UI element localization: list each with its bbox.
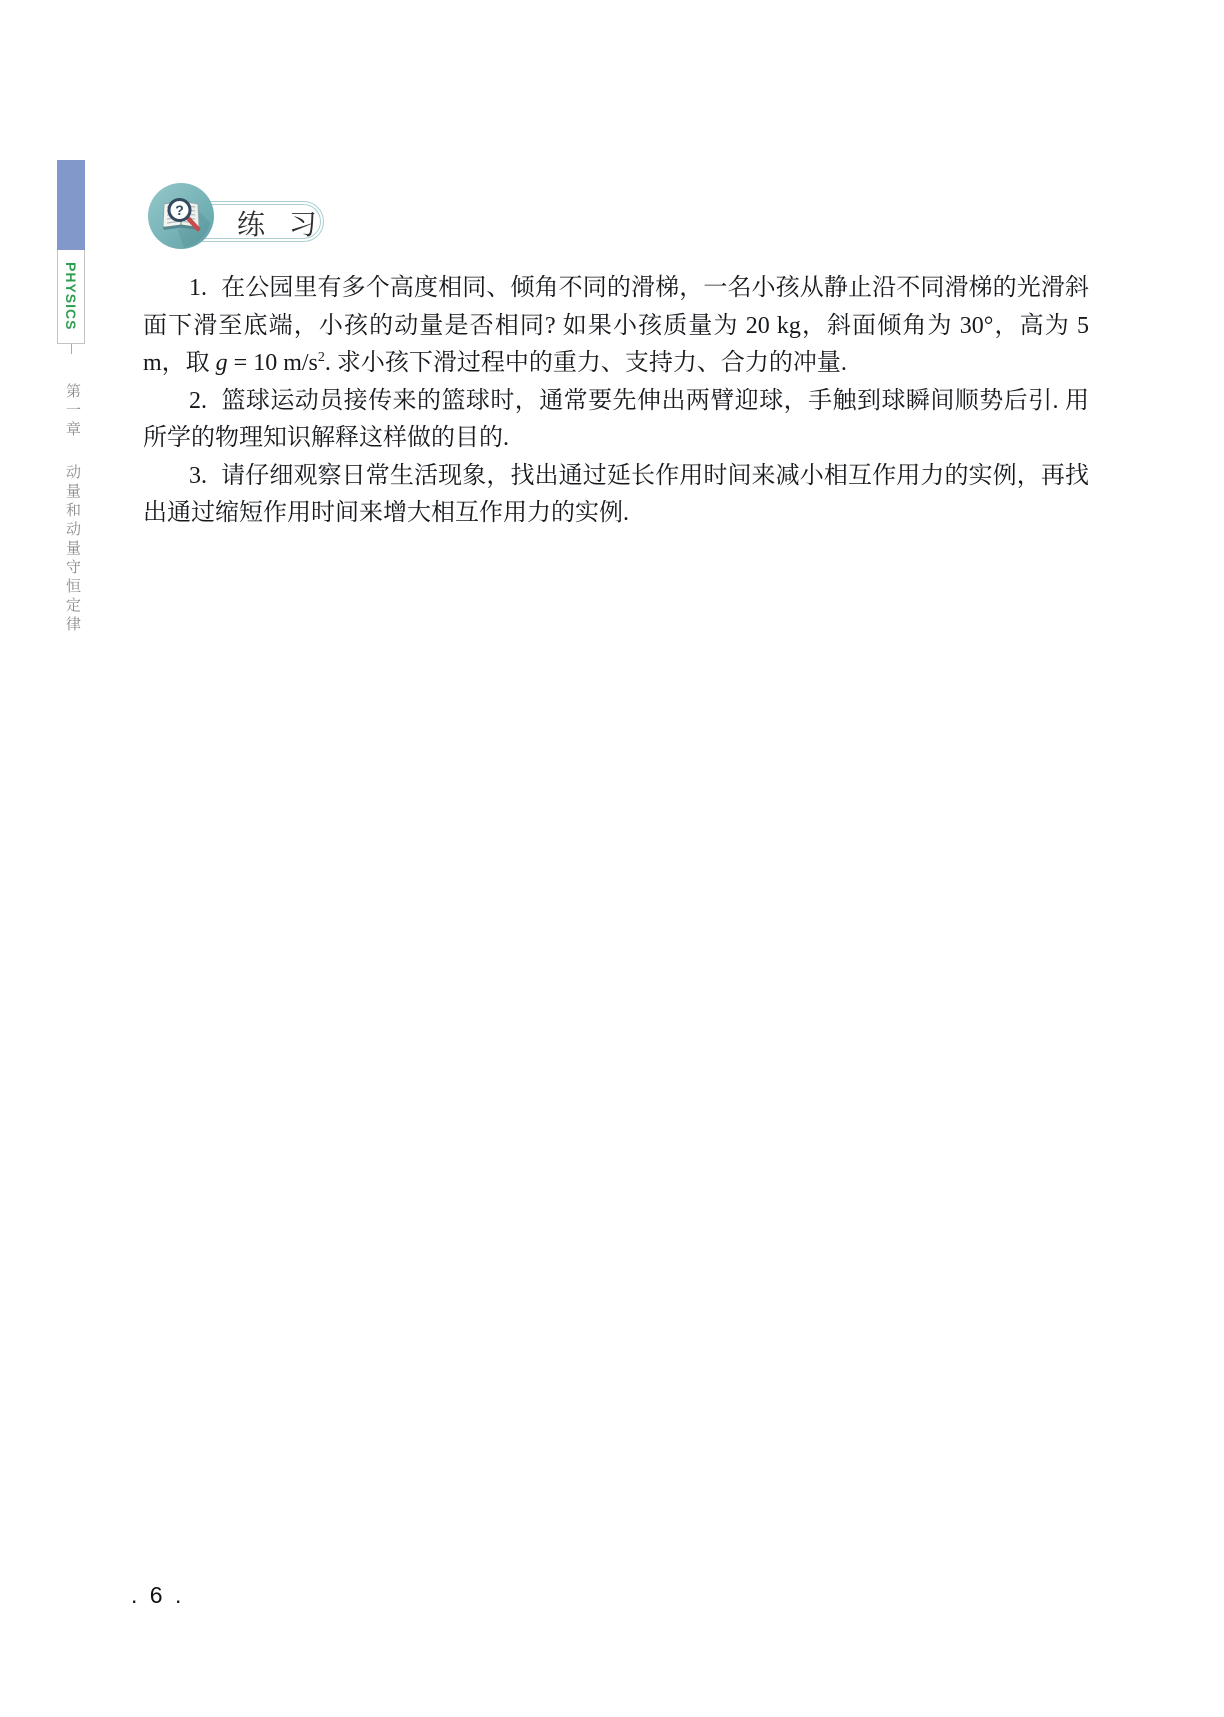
page-number: . 6 .: [131, 1582, 184, 1609]
chapter-number: 第一章: [64, 383, 81, 440]
exponent-2: 2: [318, 350, 325, 365]
exercise-1-number: 1.: [189, 275, 221, 301]
variable-g: g: [216, 350, 228, 376]
exercise-2-number: 2.: [189, 388, 221, 414]
sidebar-blue-bar: [57, 160, 85, 250]
exercise-3-number: 3.: [189, 463, 221, 489]
chapter-title: 动量和动量守恒定律: [64, 464, 81, 635]
exercise-2-text: 篮球运动员接传来的篮球时，通常要先伸出两臂迎球，手触到球瞬间顺势后引. 用所学的…: [143, 388, 1089, 452]
exercise-1-formula: = 10 m/s: [228, 350, 318, 376]
sidebar: PHYSICS: [57, 160, 85, 354]
practice-badge-circle: ?: [148, 183, 214, 249]
question-mark-glyph: ?: [175, 202, 184, 218]
chapter-sidebar-text: 第一章 动量和动量守恒定律: [62, 383, 83, 635]
exercise-3-text: 请仔细观察日常生活现象，找出通过延长作用时间来减小相互作用力的实例，再找出通过缩…: [143, 463, 1089, 527]
exercise-2: 2.篮球运动员接传来的篮球时，通常要先伸出两臂迎球，手触到球瞬间顺势后引. 用所…: [143, 383, 1089, 458]
exercise-1-text-post: . 求小孩下滑过程中的重力、支持力、合力的冲量.: [325, 350, 847, 376]
physics-box: PHYSICS: [57, 250, 85, 344]
physics-label: PHYSICS: [63, 262, 79, 330]
magnifier-over-book-icon: ?: [148, 183, 214, 249]
practice-title: 练 习: [237, 203, 347, 243]
sidebar-divider-line: [71, 344, 72, 354]
exercise-1: 1.在公园里有多个高度相同、倾角不同的滑梯，一名小孩从静止沿不同滑梯的光滑斜面下…: [143, 270, 1089, 383]
exercise-3: 3.请仔细观察日常生活现象，找出通过延长作用时间来减小相互作用力的实例，再找出通…: [143, 458, 1089, 533]
exercise-list: 1.在公园里有多个高度相同、倾角不同的滑梯，一名小孩从静止沿不同滑梯的光滑斜面下…: [143, 270, 1089, 533]
